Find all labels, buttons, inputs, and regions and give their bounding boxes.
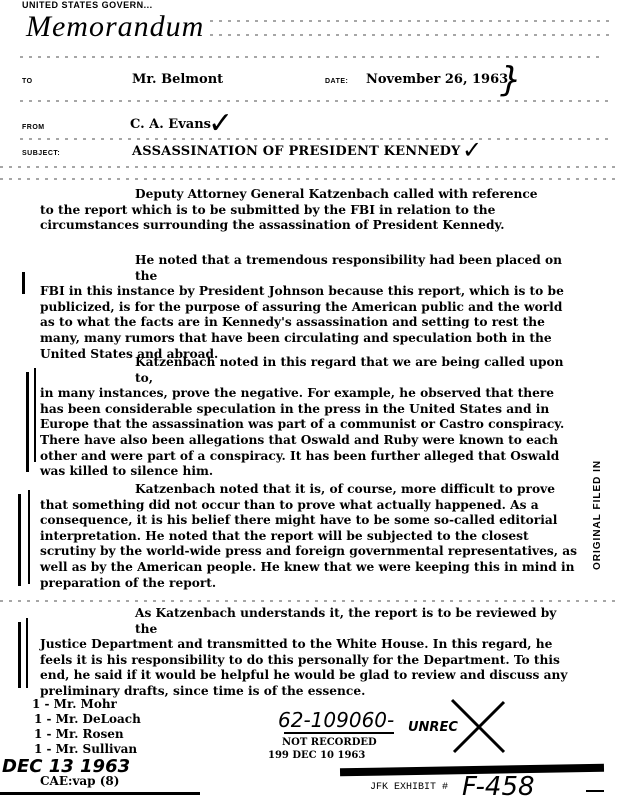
paragraph-3: Katzenbach noted in this regard that we … <box>40 355 580 480</box>
handwritten-checkmark: ✓ <box>462 136 482 164</box>
recorded-date-stamp: 199 DEC 10 1963 <box>268 750 365 761</box>
handwritten-bracket-mark: } <box>500 60 522 100</box>
subject-value: ASSASSINATION OF PRESIDENT KENNEDY <box>132 144 461 159</box>
exhibit-label: JFK EXHIBIT # <box>370 782 448 793</box>
handwritten-checkmark: ✓ <box>208 106 233 141</box>
agency-header: UNITED STATES GOVERN... <box>22 0 153 10</box>
date-value: November 26, 1963 <box>366 72 508 87</box>
paragraph-5: As Katzenbach understands it, the report… <box>40 606 580 700</box>
paragraph-1-body: to the report which is to be submitted b… <box>40 203 504 233</box>
scan-noise <box>210 20 610 22</box>
paragraph-2-body: FBI in this instance by President Johnso… <box>40 284 564 360</box>
underline-bar <box>284 732 394 734</box>
to-value: Mr. Belmont <box>132 72 223 87</box>
cc-item: 1 - Mr. DeLoach <box>34 712 141 728</box>
handwritten-x-mark <box>448 696 508 756</box>
underline-bar <box>0 792 200 795</box>
scan-noise <box>20 100 610 102</box>
form-title: Memorandum <box>26 10 204 44</box>
subject-label: SUBJECT: <box>22 150 60 157</box>
paragraph-3-body: in many instances, prove the negative. F… <box>40 386 564 478</box>
margin-bracket <box>26 372 29 472</box>
paragraph-4: Katzenbach noted that it is, of course, … <box>40 482 580 591</box>
to-label: TO <box>22 78 33 85</box>
exhibit-number: F-458 <box>462 772 535 802</box>
typist-initials: CAE:vap (8) <box>40 774 119 788</box>
not-recorded-stamp: NOT RECORDED <box>282 737 377 748</box>
scan-noise <box>0 166 620 168</box>
scan-noise <box>0 600 620 602</box>
from-value: C. A. Evans <box>130 117 211 132</box>
paragraph-2: He noted that a tremendous responsibilit… <box>40 253 580 362</box>
margin-bracket <box>28 490 30 584</box>
date-label: DATE: <box>325 78 348 85</box>
paragraph-4-body: that something did not occur than to pro… <box>40 498 577 590</box>
margin-bracket <box>18 494 21 586</box>
scan-noise <box>20 56 600 58</box>
handwritten-serial: 62-109060- <box>278 708 394 732</box>
original-filed-in-stamp: ORIGINAL FILED IN <box>592 460 603 570</box>
cc-item: 1 - Mr. Mohr <box>32 697 117 713</box>
from-label: FROM <box>22 124 45 131</box>
paragraph-4-first-line: Katzenbach noted that it is, of course, … <box>40 482 580 498</box>
margin-bracket <box>22 272 25 294</box>
margin-bracket <box>34 368 36 462</box>
paragraph-5-body: Justice Department and transmitted to th… <box>40 637 567 698</box>
scan-noise <box>20 138 610 140</box>
margin-bracket <box>18 622 21 688</box>
paragraph-3-first-line: Katzenbach noted in this regard that we … <box>40 355 580 386</box>
scan-noise <box>0 178 620 180</box>
margin-bracket <box>26 618 28 688</box>
paragraph-5-first-line: As Katzenbach understands it, the report… <box>40 606 580 637</box>
scan-noise <box>210 34 610 36</box>
dash-mark <box>586 790 604 792</box>
cc-item: 1 - Mr. Rosen <box>34 727 124 743</box>
paragraph-1: Deputy Attorney General Katzenbach calle… <box>40 187 580 234</box>
paragraph-2-first-line: He noted that a tremendous responsibilit… <box>40 253 580 284</box>
paragraph-1-first-line: Deputy Attorney General Katzenbach calle… <box>40 187 580 203</box>
